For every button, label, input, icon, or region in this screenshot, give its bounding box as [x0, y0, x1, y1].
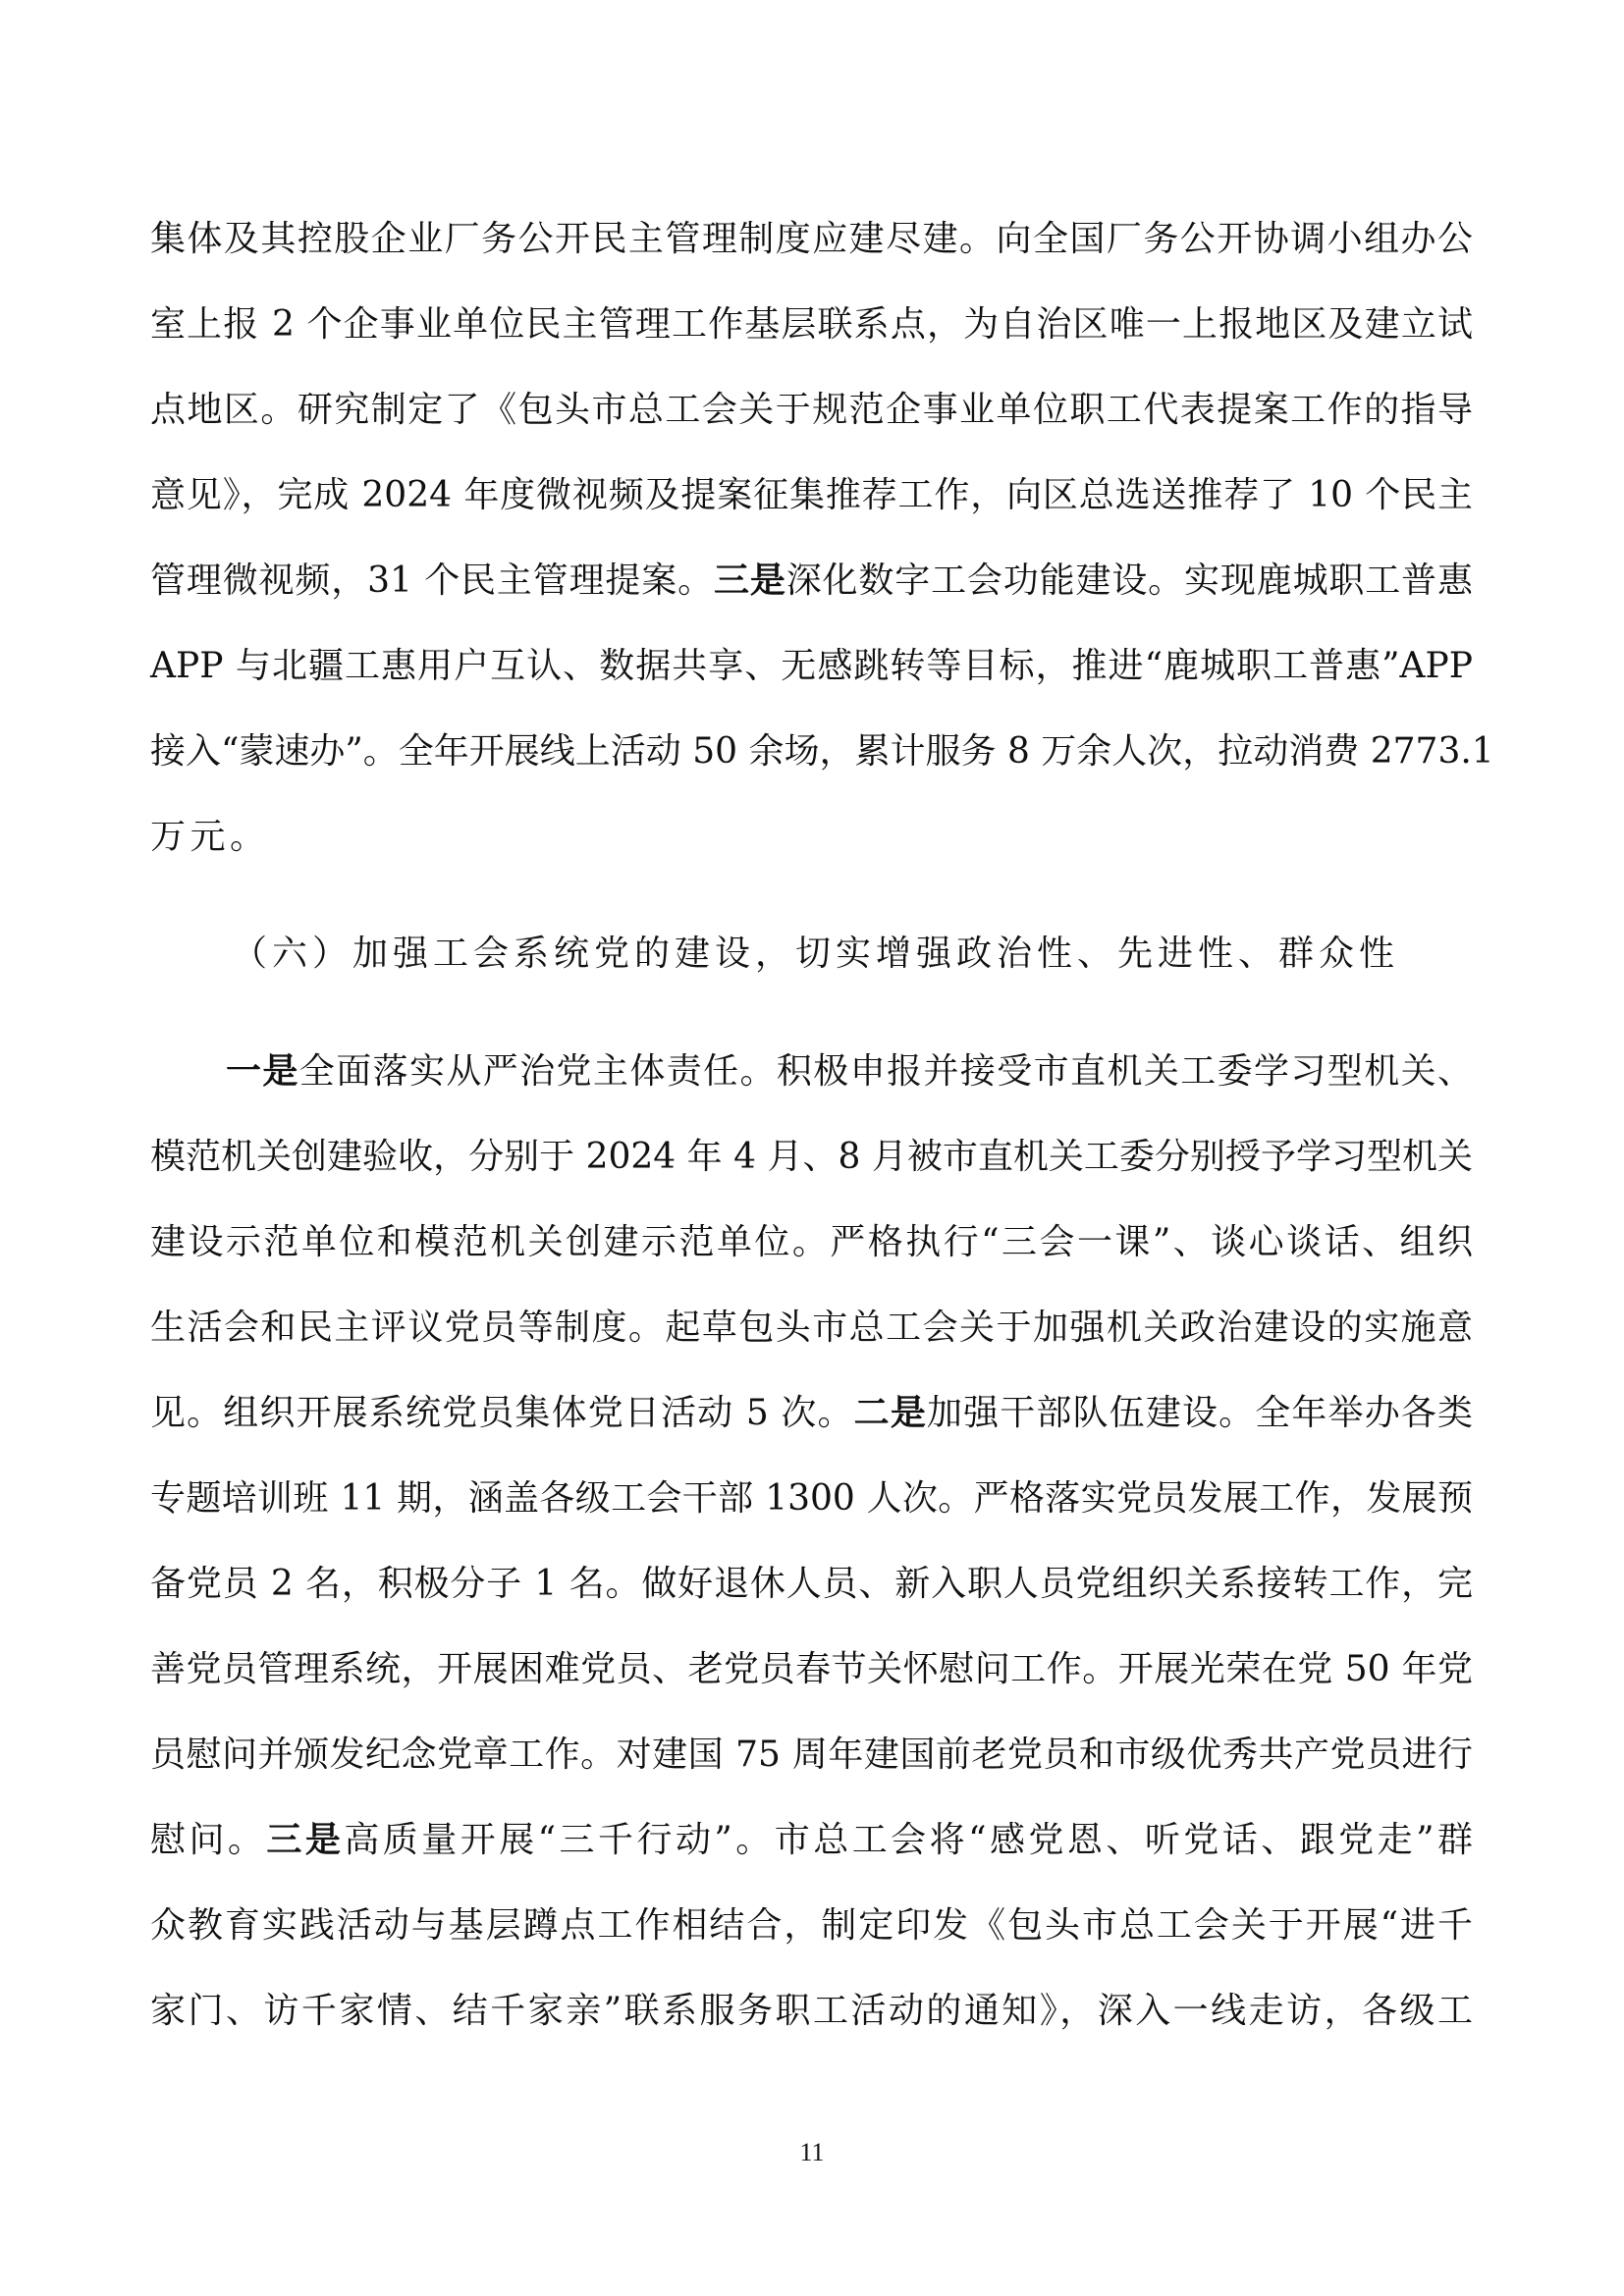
paragraph-line: 管理微视频，31 个民主管理提案。三是深化数字工会功能建设。实现鹿城职工普惠	[150, 538, 1473, 623]
paragraph-text: 见。组织开展系统党员集体党日活动 5 次。	[150, 1393, 854, 1433]
paragraph-line: 慰问。三是高质量开展“三千行动”。市总工会将“感党恩、听党话、跟党走”群	[150, 1797, 1473, 1883]
paragraph-line: 集体及其控股企业厂务公开民主管理制度应建尽建。向全国厂务公开协调小组办公	[150, 196, 1473, 282]
section-heading: （六）加强工会系统党的建设，切实增强政治性、先进性、群众性	[232, 911, 1399, 996]
paragraph-line: 见。组织开展系统党员集体党日活动 5 次。二是加强干部队伍建设。全年举办各类	[150, 1370, 1473, 1456]
paragraph-line: 众教育实践活动与基层蹲点工作相结合，制定印发《包头市总工会关于开展“进千	[150, 1883, 1473, 1968]
paragraph-text: 高质量开展“三千行动”。市总工会将“感党恩、听党话、跟党走”群	[344, 1820, 1473, 1860]
paragraph-line: 一是全面落实从严治党主体责任。积极申报并接受市直机关工委学习型机关、	[226, 1029, 1473, 1114]
page-number: 11	[785, 2138, 839, 2167]
paragraph-line: 建设示范单位和模范机关创建示范单位。严格执行“三会一课”、谈心谈话、组织	[150, 1200, 1473, 1285]
paragraph-line: 员慰问并颁发纪念党章工作。对建国 75 周年建国前老党员和市级优秀共产党员进行	[150, 1712, 1473, 1797]
paragraph-line: 生活会和民主评议党员等制度。起草包头市总工会关于加强机关政治建设的实施意	[150, 1285, 1473, 1370]
paragraph-line: 点地区。研究制定了《包头市总工会关于规范企事业单位职工代表提案工作的指导	[150, 367, 1473, 453]
keyword-bold: 三是	[266, 1819, 344, 1860]
keyword-bold: 三是	[714, 560, 786, 601]
paragraph-line: 备党员 2 名，积极分子 1 名。做好退休人员、新入职人员党组织关系接转工作，完	[150, 1541, 1473, 1627]
paragraph-text: 管理微视频，31 个民主管理提案。	[150, 561, 714, 601]
paragraph-line: 室上报 2 个企事业单位民主管理工作基层联系点，为自治区唯一上报地区及建立试	[150, 282, 1473, 367]
document-page: 集体及其控股企业厂务公开民主管理制度应建尽建。向全国厂务公开协调小组办公 室上报…	[0, 0, 1624, 2296]
keyword-bold: 二是	[854, 1392, 927, 1433]
paragraph-text: 全面落实从严治党主体责任。积极申报并接受市直机关工委学习型机关、	[299, 1051, 1473, 1092]
paragraph-line: 家门、访千家情、结千家亲”联系服务职工活动的通知》，深入一线走访，各级工	[150, 1968, 1473, 2054]
paragraph-line: 接入“蒙速办”。全年开展线上活动 50 余场，累计服务 8 万余人次，拉动消费 …	[150, 709, 1473, 794]
paragraph-text: 慰问。	[150, 1820, 266, 1860]
paragraph-line: 模范机关创建验收，分别于 2024 年 4 月、8 月被市直机关工委分别授予学习…	[150, 1114, 1473, 1200]
keyword-bold: 一是	[226, 1050, 299, 1092]
paragraph-line: 专题培训班 11 期，涵盖各级工会干部 1300 人次。严格落实党员发展工作，发…	[150, 1456, 1473, 1541]
paragraph-line: 善党员管理系统，开展困难党员、老党员春节关怀慰问工作。开展光荣在党 50 年党	[150, 1627, 1473, 1712]
paragraph-line: APP 与北疆工惠用户互认、数据共享、无感跳转等目标，推进“鹿城职工普惠”APP	[150, 623, 1473, 709]
paragraph-line: 意见》，完成 2024 年度微视频及提案征集推荐工作，向区总选送推荐了 10 个…	[150, 453, 1473, 538]
paragraph-text: 加强干部队伍建设。全年举办各类	[927, 1393, 1473, 1433]
paragraph-text: 深化数字工会功能建设。实现鹿城职工普惠	[786, 561, 1473, 601]
paragraph-line: 万元。	[150, 794, 1473, 880]
